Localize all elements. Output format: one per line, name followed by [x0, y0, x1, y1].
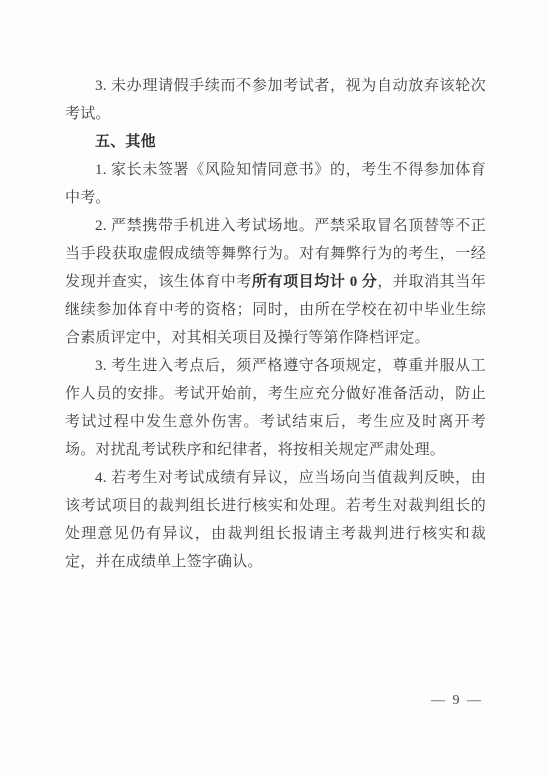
section-heading: 五、其他 [65, 128, 486, 156]
page-number: — 9 — [431, 691, 483, 711]
paragraph-item-3: 3. 考生进入考点后，须严格遵守各项规定，尊重并服从工作人员的安排。考试开始前，… [65, 352, 486, 464]
document-page: 3. 未办理请假手续而不参加考试者，视为自动放弃该轮次考试。 五、其他 1. 家… [0, 0, 549, 776]
paragraph-prev-item-3: 3. 未办理请假手续而不参加考试者，视为自动放弃该轮次考试。 [65, 72, 486, 128]
document-body: 3. 未办理请假手续而不参加考试者，视为自动放弃该轮次考试。 五、其他 1. 家… [65, 72, 486, 576]
paragraph-item-1: 1. 家长未签署《风险知情同意书》的，考生不得参加体育中考。 [65, 156, 486, 212]
paragraph-item-2: 2. 严禁携带手机进入考试场地。严禁采取冒名顶替等不正当手段获取虚假成绩等舞弊行… [65, 212, 486, 352]
item-2-bold-phrase: 所有项目均计 0 分 [252, 274, 377, 290]
paragraph-item-4: 4. 若考生对考试成绩有异议，应当场向当值裁判反映，由该考试项目的裁判组长进行核… [65, 464, 486, 576]
